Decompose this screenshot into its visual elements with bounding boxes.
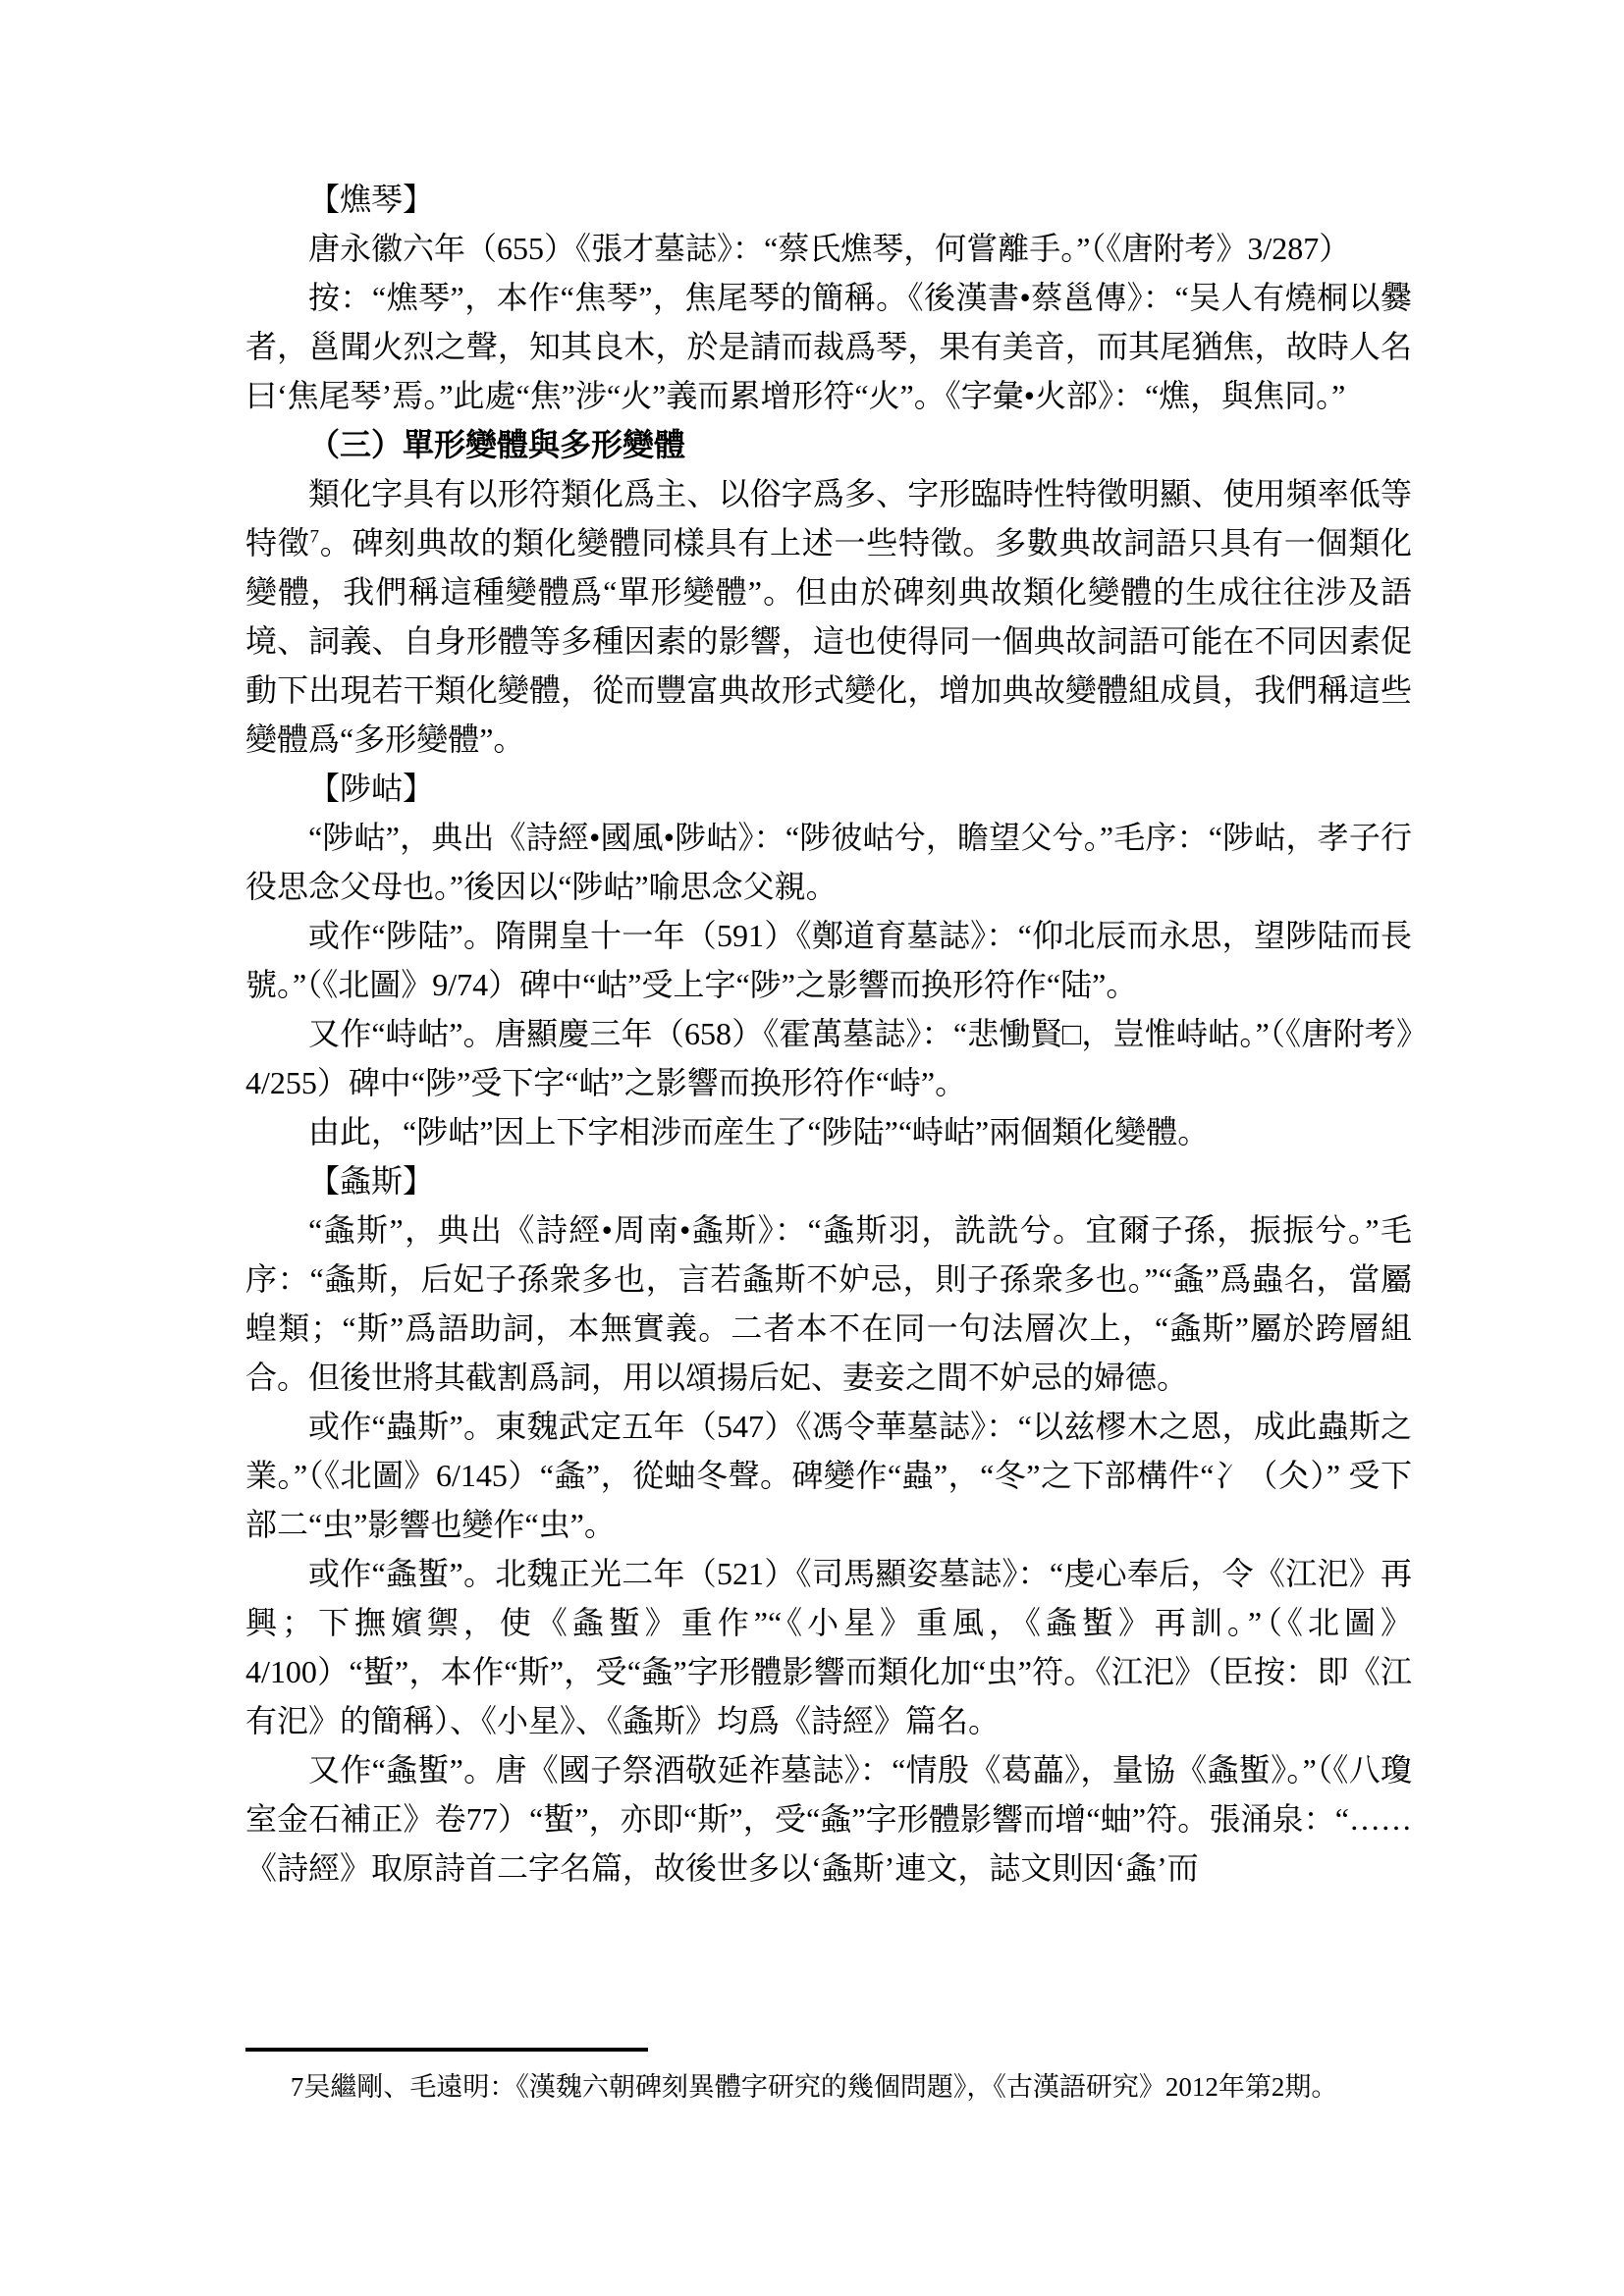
footnote-marker-7: 7 xyxy=(309,526,319,547)
paragraph-intro-post: 。碑刻典故的類化變體同樣具有上述一些特徵。多數典故詞語只具有一個類化變體，我們稱… xyxy=(245,525,1412,757)
paragraph-zhongsi-origin: “螽斯”，典出《詩經•周南•螽斯》：“螽斯羽，詵詵兮。宜爾子孫，振振兮。”毛序：… xyxy=(245,1205,1412,1402)
entry-heading-jiaoqin: 【燋琴】 xyxy=(245,175,1412,224)
paragraph-jiaoqin-citation: 唐永徽六年（655）《張才墓誌》：“蔡氏燋琴，何嘗離手。”（《唐附考》3/287… xyxy=(245,224,1412,273)
entry-heading-zhongsi: 【螽斯】 xyxy=(245,1156,1412,1205)
body-text: 【燋琴】 唐永徽六年（655）《張才墓誌》：“蔡氏燋琴，何嘗離手。”（《唐附考》… xyxy=(245,175,1412,1893)
paragraph-zhihu-variant1: 或作“陟陆”。隋開皇十一年（591）《鄭道育墓誌》：“仰北辰而永思，望陟陆而長號… xyxy=(245,911,1412,1009)
section-heading-3: （三）單形變體與多形變體 xyxy=(245,420,1412,469)
paragraph-zhongsi-variant3: 又作“螽蟴”。唐《國子祭酒敬延祚墓誌》：“情殷《葛藟》，量協《螽蟴》。”（《八瓊… xyxy=(245,1745,1412,1893)
paragraph-zhihu-summary: 由此，“陟岵”因上下字相涉而産生了“陟陆”“峙岵”兩個類化變體。 xyxy=(245,1107,1412,1156)
paragraph-jiaoqin-note: 按：“燋琴”，本作“焦琴”，焦尾琴的簡稱。《後漢書•蔡邕傳》：“吴人有燒桐以爨者… xyxy=(245,273,1412,420)
footnote-area: 7吴繼剛、毛遠明：《漢魏六朝碑刻異體字研究的幾個問題》，《古漢語研究》2012年… xyxy=(245,2048,1412,2107)
paragraph-zhihu-origin: “陟岵”，典出《詩經•國風•陟岵》：“陟彼岵兮，瞻望父兮。”毛序：“陟岵，孝子行… xyxy=(245,813,1412,911)
footnote-divider xyxy=(245,2048,648,2052)
paragraph-zhongsi-variant2: 或作“螽蟴”。北魏正光二年（521）《司馬顯姿墓誌》：“虔心奉后，令《江汜》再興… xyxy=(245,1549,1412,1745)
entry-heading-zhihu: 【陟岵】 xyxy=(245,764,1412,813)
paragraph-zhongsi-variant1: 或作“蟲斯”。東魏武定五年（547）《馮令華墓誌》：“以兹樛木之恩，成此蟲斯之業… xyxy=(245,1402,1412,1549)
paragraph-zhihu-variant2: 又作“峙岵”。唐顯慶三年（658）《霍萬墓誌》：“悲慟賢□，豈惟峙岵。”（《唐附… xyxy=(245,1009,1412,1107)
paragraph-intro-variants: 類化字具有以形符類化爲主、以俗字爲多、字形臨時性特徵明顯、使用頻率低等特徵7。碑… xyxy=(245,469,1412,764)
footnote-7-text: 7吴繼剛、毛遠明：《漢魏六朝碑刻異體字研究的幾個問題》，《古漢語研究》2012年… xyxy=(245,2067,1412,2107)
document-page: 【燋琴】 唐永徽六年（655）《張才墓誌》：“蔡氏燋琴，何嘗離手。”（《唐附考》… xyxy=(0,0,1624,2296)
